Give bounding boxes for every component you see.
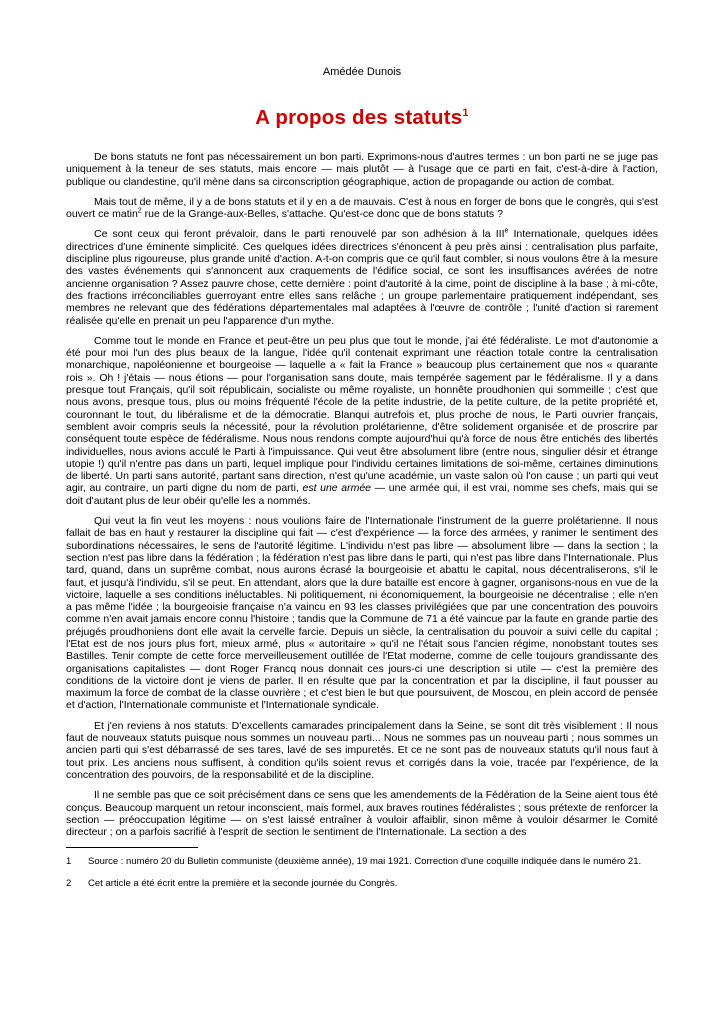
page-title-text: A propos des statuts	[255, 106, 462, 129]
paragraph-3-text-b: Internationale, quelques idées directric…	[66, 228, 658, 326]
paragraph-6: Et j'en reviens à nos statuts. D'excelle…	[66, 720, 658, 781]
paragraph-2: Mais tout de même, il y a de bons statut…	[66, 196, 658, 221]
footnote-1: 1 Source : numéro 20 du Bulletin communi…	[66, 856, 658, 868]
title-footnote-ref: 1	[462, 107, 468, 119]
page-title: A propos des statuts1	[66, 106, 658, 130]
footnote-1-number: 1	[66, 856, 88, 868]
footnote-2: 2 Cet article a été écrit entre la premi…	[66, 878, 658, 890]
paragraph-3-text-a: Ce sont ceux qui feront prévaloir, dans …	[94, 228, 505, 240]
paragraph-4-text-a: Comme tout le monde en France et peut-êt…	[66, 335, 658, 495]
paragraph-7: Il ne semble pas que ce soit précisément…	[66, 789, 658, 838]
paragraph-4-italic-run: est une armée	[302, 482, 371, 494]
paragraph-3: Ce sont ceux qui feront prévaloir, dans …	[66, 228, 658, 326]
paragraph-5: Qui veut la fin veut les moyens : nous v…	[66, 515, 658, 712]
footnote-1-text: Source : numéro 20 du Bulletin communist…	[88, 856, 658, 868]
footnote-2-text: Cet article a été écrit entre la premièr…	[88, 878, 658, 890]
footnote-area: 1 Source : numéro 20 du Bulletin communi…	[66, 847, 658, 889]
author-line: Amédée Dunois	[66, 66, 658, 79]
document-page: Amédée Dunois A propos des statuts1 De b…	[0, 0, 724, 1024]
footnote-separator	[66, 847, 198, 848]
paragraph-4: Comme tout le monde en France et peut-êt…	[66, 335, 658, 507]
footnote-2-number: 2	[66, 878, 88, 890]
paragraph-1: De bons statuts ne font pas nécessaireme…	[66, 151, 658, 188]
paragraph-2-text-b: rue de la Grange-aux-Belles, s'attache. …	[142, 208, 503, 220]
